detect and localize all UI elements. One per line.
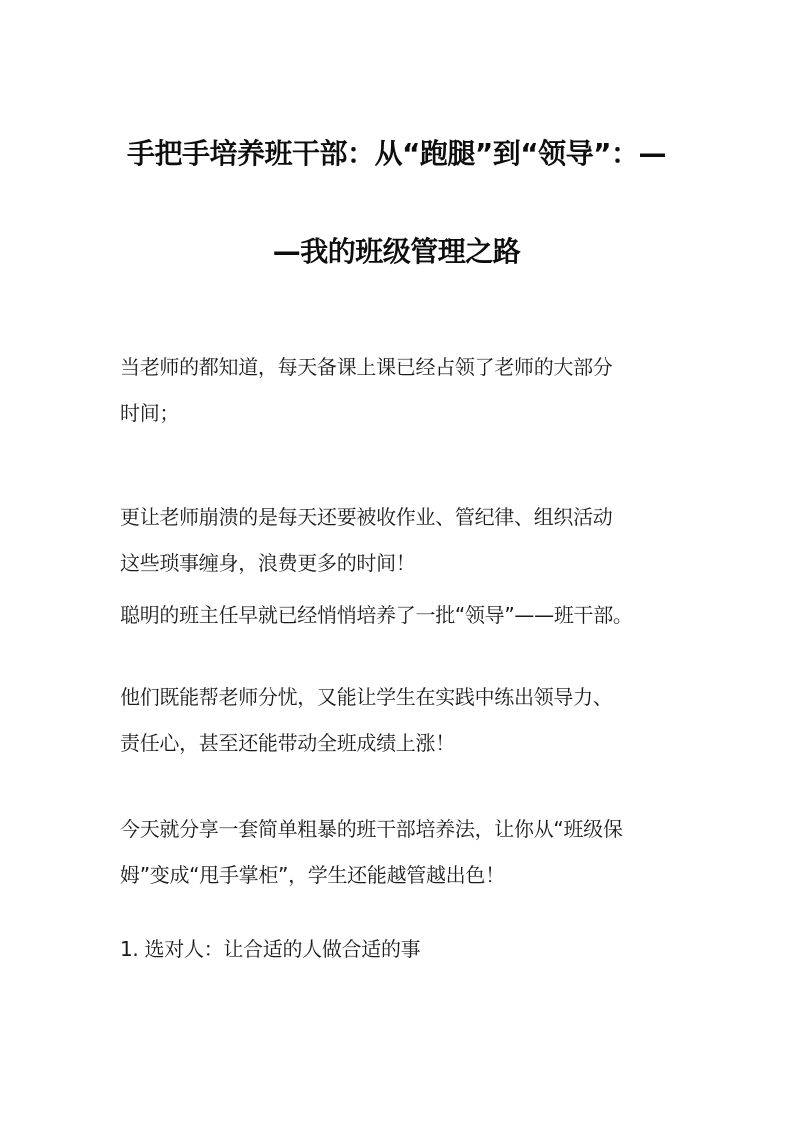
paragraph-chores: 更让老师崩溃的是每天还要被收作业、管纪律、组织活动 这些琐事缠身，浪费更多的时间… xyxy=(120,494,680,586)
paragraph-method-intro: 今天就分享一套简单粗暴的班干部培养法，让你从“班级保 姆”变成“甩手掌柜”，学生… xyxy=(120,806,680,898)
paragraph-line: 责任心，甚至还能带动全班成绩上涨！ xyxy=(120,720,680,766)
paragraph-class-leaders: 聪明的班主任早就已经悄悄培养了一批“领导”——班干部。 xyxy=(120,592,680,638)
paragraph-line: 姆”变成“甩手掌柜”，学生还能越管越出色！ xyxy=(120,852,680,898)
paragraph-line: 更让老师崩溃的是每天还要被收作业、管纪律、组织活动 xyxy=(120,494,680,540)
paragraph-line: 1. 选对人：让合适的人做合适的事 xyxy=(120,926,680,972)
paragraph-line: 今天就分享一套简单粗暴的班干部培养法，让你从“班级保 xyxy=(120,806,680,852)
paragraph-line: 这些琐事缠身，浪费更多的时间！ xyxy=(120,540,680,586)
paragraph-line: 他们既能帮老师分忧，又能让学生在实践中练出领导力、 xyxy=(120,674,680,720)
paragraph-line: 当老师的都知道，每天备课上课已经占领了老师的大部分 xyxy=(120,344,680,390)
document-title-line-2: —我的班级管理之路 xyxy=(0,230,793,270)
paragraph-intro: 当老师的都知道，每天备课上课已经占领了老师的大部分 时间； xyxy=(120,344,680,436)
paragraph-line: 聪明的班主任早就已经悄悄培养了一批“领导”——班干部。 xyxy=(120,592,680,638)
section-heading-choose-right-people: 1. 选对人：让合适的人做合适的事 xyxy=(120,926,680,972)
paragraph-line: 时间； xyxy=(120,390,680,436)
document-title-line-1: 手把手培养班干部：从“跑腿”到“领导”：— xyxy=(0,132,793,172)
document-page: 手把手培养班干部：从“跑腿”到“领导”：— —我的班级管理之路 当老师的都知道，… xyxy=(0,0,793,1122)
paragraph-benefits: 他们既能帮老师分忧，又能让学生在实践中练出领导力、 责任心，甚至还能带动全班成绩… xyxy=(120,674,680,766)
